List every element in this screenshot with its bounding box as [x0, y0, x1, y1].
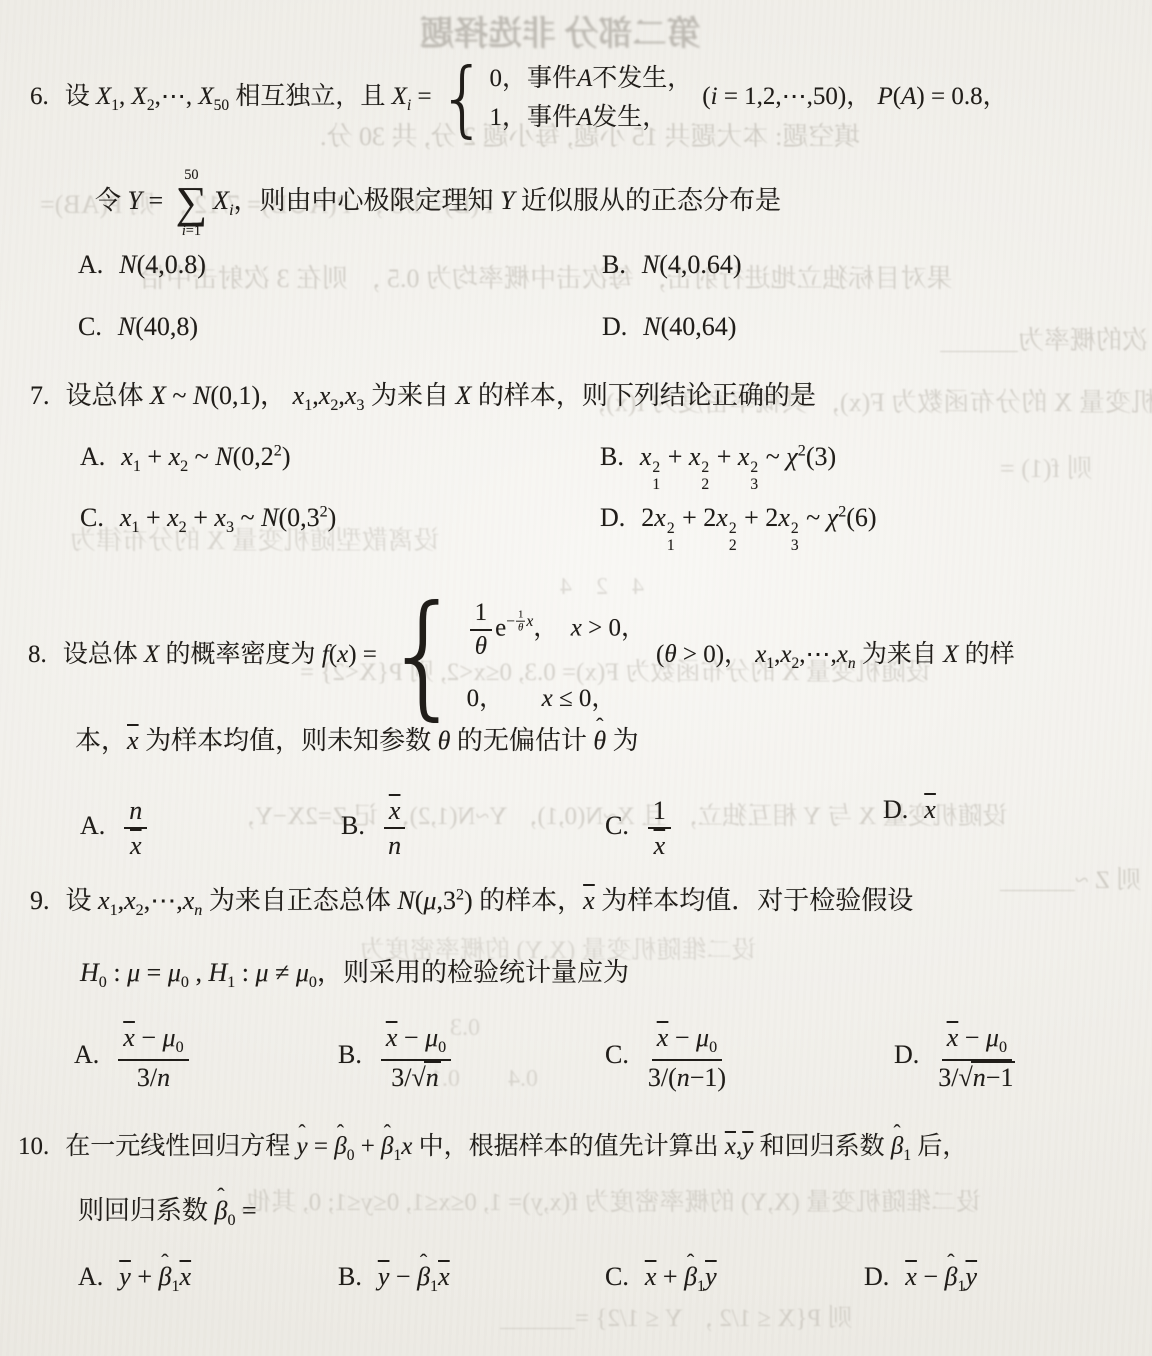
option-formula: nx [121, 811, 150, 840]
q7-option-B: B.x21 + x22 + x23 ~ χ2(3) [600, 442, 836, 493]
q9-stem-text: 设 x1,x2,⋯,xn 为来自正态总体 N(μ,32) 的样本，x 为样本均值… [66, 886, 914, 915]
q8-option-B: B.xn [341, 795, 408, 861]
option-label: B. [338, 1262, 362, 1291]
q7-number: 7. [30, 381, 50, 411]
q9-stem-text: H0 : μ = μ0 , H1 : μ ≠ μ0，则采用的检验统计量应为 [80, 958, 629, 987]
option-formula: y + β1x [119, 1262, 191, 1291]
q9-stem-line-1: 9.设 x1,x2,⋯,xn 为来自正态总体 N(μ,32) 的样本，x 为样本… [30, 880, 913, 920]
option-formula: x1 + x2 + x3 ~ N(0,32) [120, 503, 337, 532]
option-label: A. [78, 250, 103, 279]
q6-option-D: D.N(40,64) [602, 312, 736, 342]
option-label: A. [74, 1040, 99, 1069]
q6-number: 6. [30, 83, 49, 111]
q9-option-D: D.x − μ03/√n−1 [894, 1022, 1018, 1093]
option-label: A. [78, 1262, 103, 1291]
q9-option-C: C.x − μ03/(n−1) [605, 1022, 729, 1093]
q10-stem-text: 在一元线性回归方程 y = β0 + β1x 中，根据样本的值先计算出 x,y … [65, 1133, 967, 1160]
option-label: C. [605, 1040, 629, 1069]
q6-option-C: C.N(40,8) [78, 312, 198, 342]
q8-stem-text: 设总体 X 的概率密度为 f(x) = {1θe−1θx， x > 0，0， x… [63, 641, 1015, 668]
scanned-exam-page: 第二部分 非选择题填空题: 本大题共 15 小题, 每小题 2 分, 共 30 … [0, 0, 1152, 1356]
option-label: B. [341, 811, 365, 840]
option-label: C. [80, 503, 104, 532]
option-label: D. [600, 503, 625, 532]
q10-stem-line-2: 则回归系数 β0 = [78, 1190, 257, 1230]
q8-option-A: A.nx [80, 795, 150, 861]
option-label: A. [80, 811, 105, 840]
q10-option-A: A.y + β1x [78, 1262, 191, 1296]
q9-number: 9. [30, 886, 50, 916]
option-formula: N(4,0.8) [119, 250, 206, 279]
q8-stem-text: 本，x 为样本均值，则未知参数 θ 的无偏估计 θ 为 [75, 726, 639, 755]
option-label: C. [78, 312, 102, 341]
option-formula: x21 + x22 + x23 ~ χ2(3) [640, 442, 836, 471]
q7-stem-line-1: 7.设总体 X ~ N(0,1)， x1,x2,x3 为来自 X 的样本，则下列… [30, 375, 816, 415]
q8-option-D: D.x [883, 795, 936, 825]
q7-option-D: D.2x21 + 2x22 + 2x23 ~ χ2(6) [600, 503, 877, 554]
option-formula: 2x21 + 2x22 + 2x23 ~ χ2(6) [641, 503, 876, 532]
questions-layer: 6.设 X1, X2,⋯, X50 相互独立，且 Xi = {0，事件A不发生，… [0, 0, 1152, 1356]
q6-stem-text: 设 X1, X2,⋯, X50 相互独立，且 Xi = {0，事件A不发生，1，… [65, 83, 1008, 110]
option-label: C. [605, 811, 629, 840]
option-formula: 1x [645, 811, 674, 840]
option-formula: N(40,64) [643, 312, 736, 341]
option-formula: N(40,8) [118, 312, 198, 341]
q9-option-B: B.x − μ03/√n [338, 1022, 454, 1093]
q6-stem-text: 令 Y = 50∑i=1Xi，则由中心极限定理知 Y 近似服从的正态分布是 [95, 186, 781, 215]
option-label: B. [602, 250, 626, 279]
option-formula: x − μ03/√n [378, 1040, 454, 1069]
q10-stem-text: 则回归系数 β0 = [78, 1196, 257, 1225]
q8-stem-line-2: 本，x 为样本均值，则未知参数 θ 的无偏估计 θ 为 [75, 720, 639, 757]
option-formula: x − μ03/(n−1) [645, 1040, 729, 1069]
q9-stem-line-2: H0 : μ = μ0 , H1 : μ ≠ μ0，则采用的检验统计量应为 [80, 952, 629, 992]
option-formula: x − β1y [905, 1262, 977, 1291]
option-formula: x [924, 795, 936, 824]
q10-number: 10. [18, 1133, 49, 1161]
option-label: D. [602, 312, 627, 341]
option-formula: N(4,0.64) [642, 250, 742, 279]
option-label: B. [600, 442, 624, 471]
q10-option-C: C.x + β1y [605, 1262, 717, 1296]
option-label: D. [883, 795, 908, 824]
option-formula: xn [381, 811, 409, 840]
q6-stem-line-1: 6.设 X1, X2,⋯, X50 相互独立，且 Xi = {0，事件A不发生，… [30, 60, 1008, 138]
option-formula: y − β1x [378, 1262, 450, 1291]
option-label: A. [80, 442, 105, 471]
q7-option-A: A.x1 + x2 ~ N(0,22) [80, 442, 291, 476]
option-formula: x − μ03/n [115, 1040, 191, 1069]
q9-option-A: A.x − μ03/n [74, 1022, 192, 1093]
q6-option-A: A.N(4,0.8) [78, 250, 206, 280]
q8-stem-line-1: 8.设总体 X 的概率密度为 f(x) = {1θe−1θx， x > 0，0，… [28, 598, 1015, 714]
q8-option-C: C.1x [605, 795, 674, 861]
option-label: D. [894, 1040, 919, 1069]
q10-option-D: D.x − β1y [864, 1262, 977, 1296]
option-label: D. [864, 1262, 889, 1291]
option-formula: x − μ03/√n−1 [935, 1040, 1018, 1069]
q7-option-C: C.x1 + x2 + x3 ~ N(0,32) [80, 503, 336, 537]
q8-number: 8. [28, 641, 47, 669]
option-formula: x + β1y [645, 1262, 717, 1291]
option-label: B. [338, 1040, 362, 1069]
q6-stem-line-2: 令 Y = 50∑i=1Xi，则由中心极限定理知 Y 近似服从的正态分布是 [95, 168, 781, 239]
q6-option-B: B.N(4,0.64) [602, 250, 742, 280]
option-label: C. [605, 1262, 629, 1291]
q10-stem-line-1: 10.在一元线性回归方程 y = β0 + β1x 中，根据样本的值先计算出 x… [18, 1126, 967, 1165]
option-formula: x1 + x2 ~ N(0,22) [121, 442, 290, 471]
q10-option-B: B.y − β1x [338, 1262, 450, 1296]
q7-stem-text: 设总体 X ~ N(0,1)， x1,x2,x3 为来自 X 的样本，则下列结论… [66, 381, 816, 410]
